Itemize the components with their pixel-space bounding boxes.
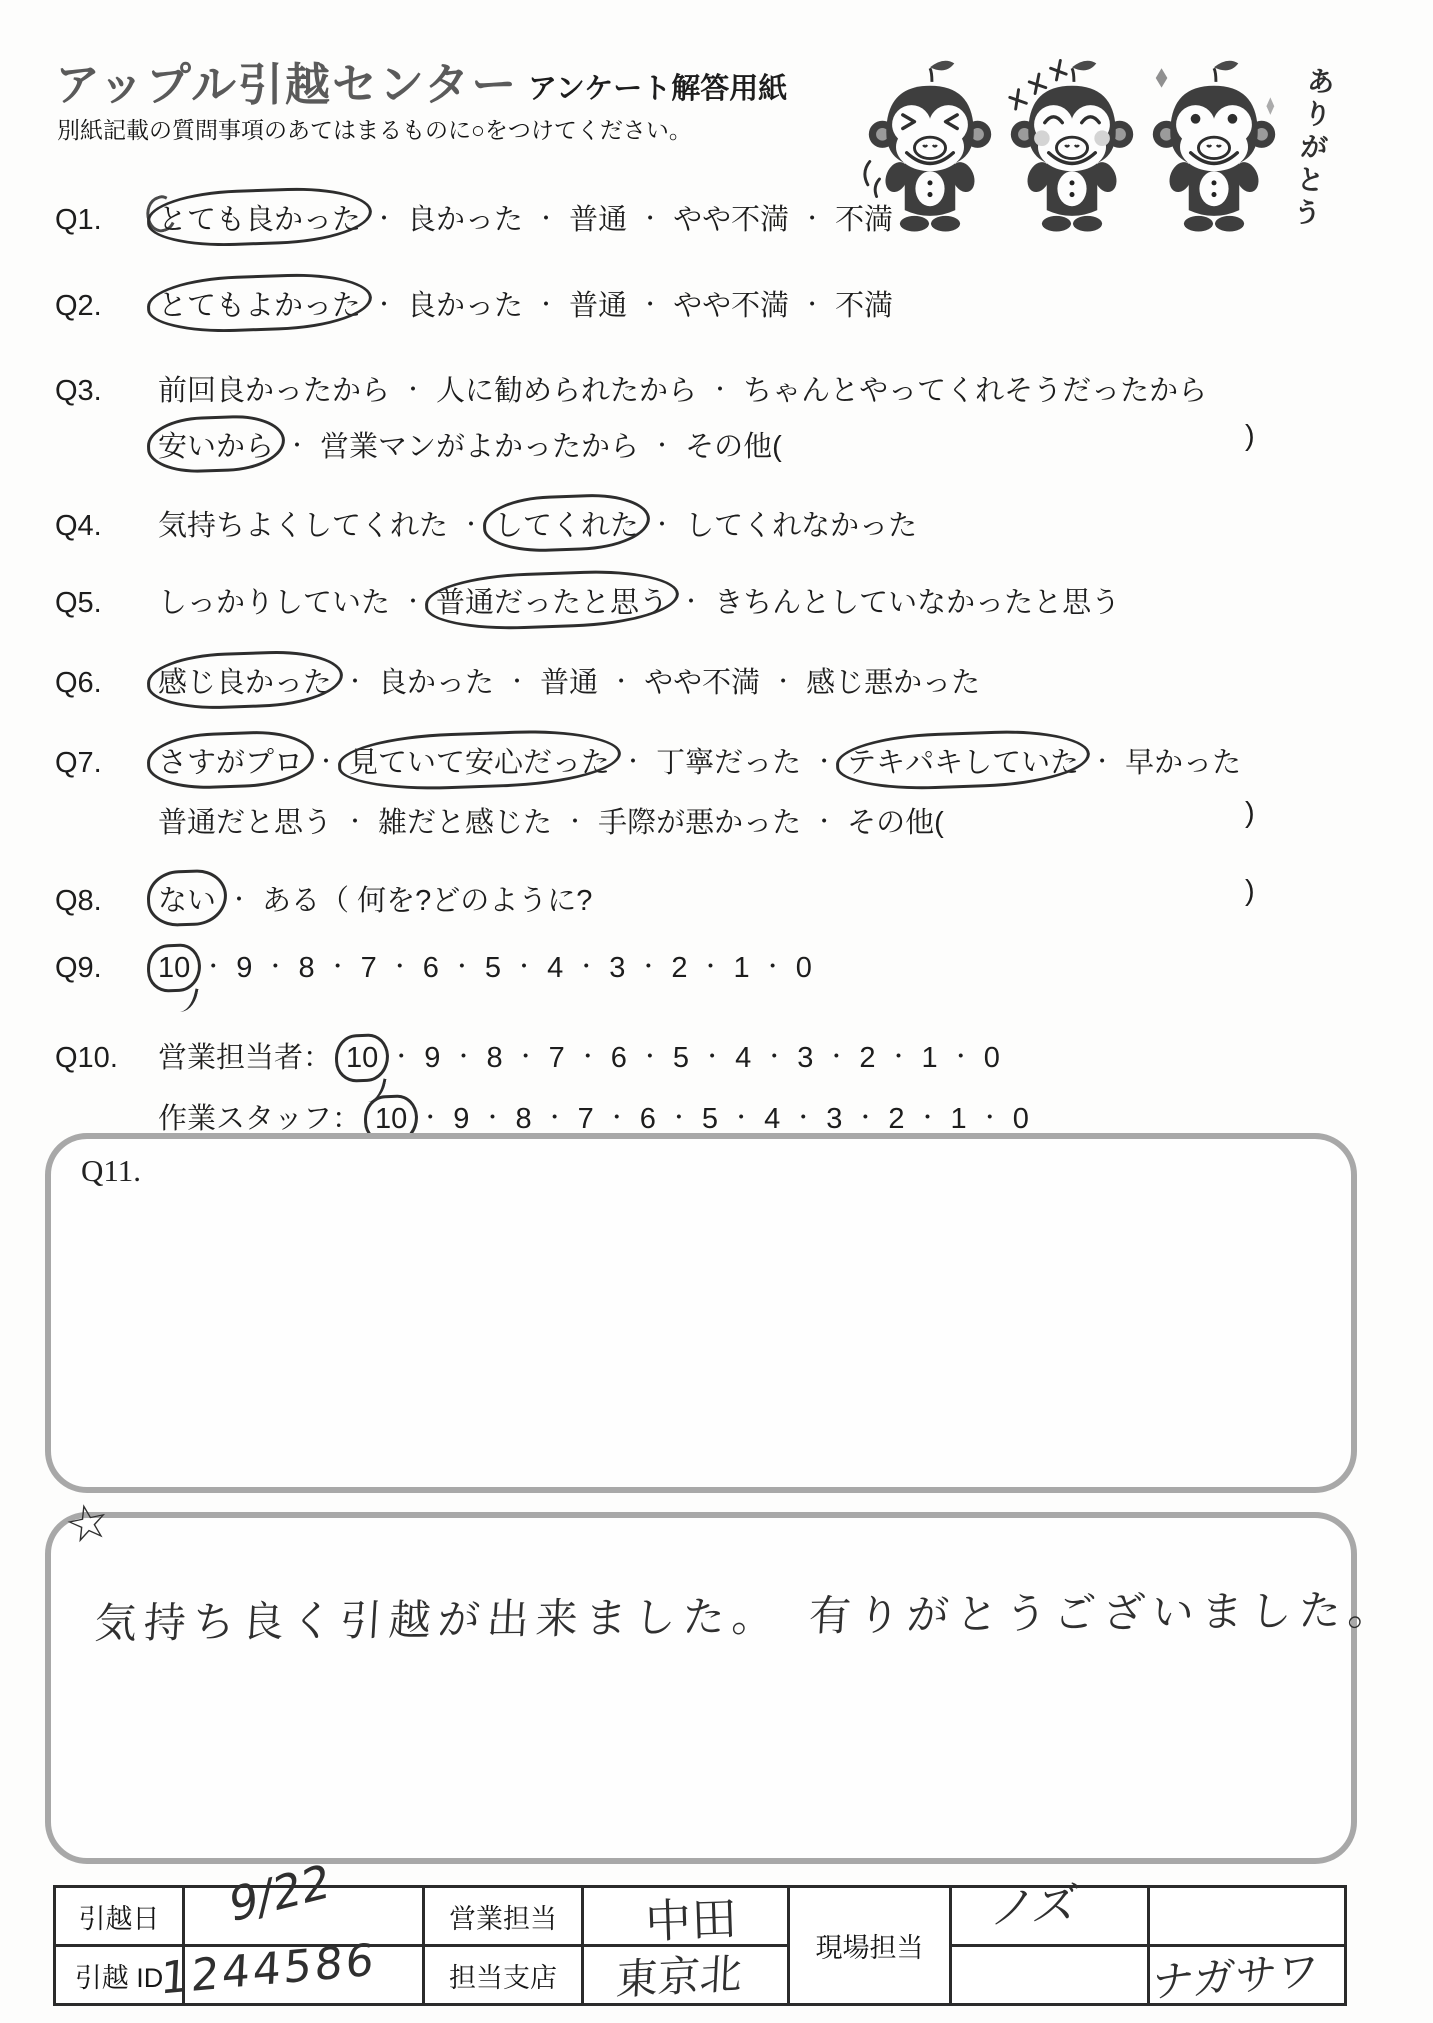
option-separator: ・ xyxy=(622,745,644,776)
comment-handwriting: 気持ち良く引越が出来ました。 有りがとうございました。 xyxy=(93,1577,1399,1651)
option-separator: ・ xyxy=(950,1040,972,1071)
option: 1 xyxy=(734,952,750,985)
option-circled: とてもよかった xyxy=(158,283,361,324)
option-separator: ・ xyxy=(389,950,411,981)
option-circled: とても良かった xyxy=(158,197,361,238)
option-separator: ・ xyxy=(979,1101,1001,1132)
question-10-row1-options: 10・9・8・7・6・5・4・3・2・1・0 xyxy=(346,1042,1000,1074)
option-circled: 10 xyxy=(346,1042,378,1075)
option-separator: ・ xyxy=(762,950,784,981)
option-separator: ・ xyxy=(460,508,482,539)
option: その他( xyxy=(847,800,944,841)
option-separator: ・ xyxy=(825,1040,847,1071)
worker-value-cell xyxy=(952,1947,1150,2006)
question-5-number: Q5. xyxy=(55,587,158,620)
option: 7 xyxy=(549,1042,565,1075)
option: 普通だと思う xyxy=(158,800,332,841)
sales-rep-label: 営業担当 xyxy=(425,1888,584,1947)
option-separator: ・ xyxy=(888,1040,910,1071)
option-separator: ・ xyxy=(801,288,823,319)
option-separator: ・ xyxy=(730,1101,752,1132)
option: 7 xyxy=(361,952,377,985)
option-separator: ・ xyxy=(419,1101,441,1132)
option: 6 xyxy=(640,1103,656,1136)
motion-lines-icon xyxy=(865,162,880,197)
option: 2 xyxy=(859,1042,875,1075)
question-2-options: とてもよかった・良かった・普通・やや不満・不満 xyxy=(158,290,893,322)
option: 1 xyxy=(951,1103,967,1136)
option: ある（ 何を?どのように? xyxy=(262,878,592,919)
option-separator: ・ xyxy=(610,665,632,696)
option-separator: ・ xyxy=(535,202,557,233)
option-separator: ・ xyxy=(402,373,424,404)
question-3: Q3.前回良かったから・人に勧められたから・ちゃんとやってくれそうだったから xyxy=(55,368,1207,409)
option-separator: ・ xyxy=(228,883,250,914)
option-separator: ・ xyxy=(668,1101,690,1132)
option: 3 xyxy=(609,952,625,985)
form-title: アンケート解答用紙 xyxy=(528,66,787,107)
option: 4 xyxy=(547,952,563,985)
option: 7 xyxy=(578,1103,594,1136)
question-4-options: 気持ちよくしてくれた・してくれた・してくれなかった xyxy=(158,510,917,542)
option: 8 xyxy=(486,1042,502,1075)
option-separator: ・ xyxy=(575,950,597,981)
option: 8 xyxy=(298,952,314,985)
monkey-mascot-icon xyxy=(1146,52,1282,238)
option: 1 xyxy=(922,1042,938,1075)
option: 不満 xyxy=(835,197,893,238)
branch-handwriting: 東京北 xyxy=(615,1941,744,2008)
option-circled: してくれた xyxy=(494,503,639,544)
option-separator: ・ xyxy=(515,1040,537,1071)
question-9-number: Q9. xyxy=(55,952,158,985)
option: 6 xyxy=(611,1042,627,1075)
option-separator: ・ xyxy=(481,1101,503,1132)
option: 普通 xyxy=(540,660,598,701)
option-separator: ・ xyxy=(402,585,424,616)
option-separator: ・ xyxy=(544,1101,566,1132)
option-separator: ・ xyxy=(513,950,535,981)
option-separator: ・ xyxy=(327,950,349,981)
option: 人に勧められたから xyxy=(436,368,697,409)
option-separator: ・ xyxy=(813,805,835,836)
option-separator: ・ xyxy=(202,950,224,981)
option-separator: ・ xyxy=(709,373,731,404)
q11-answer-box: Q11. xyxy=(45,1133,1357,1493)
question-4-number: Q4. xyxy=(55,510,158,543)
option-separator: ・ xyxy=(792,1101,814,1132)
option-separator: ・ xyxy=(1091,745,1113,776)
question-9: Q9.10・9・8・7・6・5・4・3・2・1・0 xyxy=(55,952,812,985)
option: 2 xyxy=(888,1103,904,1136)
thanks-handwriting: ありがとう xyxy=(1283,64,1340,232)
option-separator: ・ xyxy=(639,202,661,233)
option: 5 xyxy=(485,952,501,985)
question-10-row1-label: 営業担当者： xyxy=(158,1035,332,1076)
branch-label: 担当支店 xyxy=(425,1947,584,2006)
question-10-line2: 作業スタッフ：10・9・8・7・6・5・4・3・2・1・0 xyxy=(158,1096,1029,1137)
question-3-options-line1: 前回良かったから・人に勧められたから・ちゃんとやってくれそうだったから xyxy=(158,375,1207,407)
option: 営業マンがよかったから xyxy=(320,424,639,465)
option: 8 xyxy=(515,1103,531,1136)
sparkle-diamond-icon xyxy=(1156,68,1168,87)
option: 3 xyxy=(797,1042,813,1075)
question-6-options: 感じ良かった・良かった・普通・やや不満・感じ悪かった xyxy=(158,667,980,699)
monkey-mascot-icon xyxy=(1004,52,1140,238)
option: 気持ちよくしてくれた xyxy=(158,503,448,544)
option-separator: ・ xyxy=(637,950,659,981)
question-10: Q10.営業担当者：10・9・8・7・6・5・4・3・2・1・0 xyxy=(55,1035,1000,1076)
option-circled: 感じ良かった xyxy=(158,660,332,701)
question-3-line2: 安いから・営業マンがよかったから・その他( xyxy=(158,424,782,465)
option: 不満 xyxy=(835,283,893,324)
option-circled: テキパキしていた xyxy=(847,740,1079,781)
option-separator: ・ xyxy=(577,1040,599,1071)
option-separator: ・ xyxy=(763,1040,785,1071)
option: してくれなかった xyxy=(685,503,917,544)
instruction-text: 別紙記載の質問事項のあてはまるものに○をつけてください。 xyxy=(57,112,692,145)
option-separator: ・ xyxy=(315,745,337,776)
option-separator: ・ xyxy=(813,745,835,776)
question-5-options: しっかりしていた・普通だったと思う・きちんとしていなかったと思う xyxy=(158,587,1120,619)
option: しっかりしていた xyxy=(158,580,390,621)
site-rep-label: 現場担当 xyxy=(790,1888,952,2006)
option: 0 xyxy=(984,1042,1000,1075)
question-2-number: Q2. xyxy=(55,290,158,323)
option-separator: ・ xyxy=(651,429,673,460)
question-8-options: ない・ある（ 何を?どのように? xyxy=(158,885,592,917)
option: 普通 xyxy=(569,283,627,324)
close-paren: ) xyxy=(1245,420,1255,453)
option: 前回良かったから xyxy=(158,368,390,409)
question-1-number: Q1. xyxy=(55,204,158,237)
question-11-number: Q11. xyxy=(81,1153,141,1189)
option: 感じ悪かった xyxy=(806,660,980,701)
question-10-row2-options: 10・9・8・7・6・5・4・3・2・1・0 xyxy=(375,1103,1029,1135)
option-separator: ・ xyxy=(451,950,473,981)
option: 良かった xyxy=(378,660,494,701)
option: やや不満 xyxy=(673,197,789,238)
question-10-number: Q10. xyxy=(55,1042,158,1075)
option-circled: 見ていて安心だった xyxy=(349,740,610,781)
option-circled: 10 xyxy=(375,1103,407,1136)
question-1: Q1.とても良かった・良かった・普通・やや不満・不満 xyxy=(55,197,893,238)
question-7: Q7.さすがプロ・見ていて安心だった・丁寧だった・テキパキしていた・早かった xyxy=(55,740,1241,781)
question-8-number: Q8. xyxy=(55,885,158,918)
question-7-options-line1: さすがプロ・見ていて安心だった・丁寧だった・テキパキしていた・早かった xyxy=(158,747,1241,779)
option: 9 xyxy=(236,952,252,985)
option: 普通 xyxy=(569,197,627,238)
question-7-line2: 普通だと思う・雑だと感じた・手際が悪かった・その他( xyxy=(158,800,944,841)
question-9-options: 10・9・8・7・6・5・4・3・2・1・0 xyxy=(158,952,812,984)
option: 0 xyxy=(1013,1103,1029,1136)
option-separator: ・ xyxy=(373,288,395,319)
star-handwriting: ☆ xyxy=(59,1490,115,1556)
option: 4 xyxy=(735,1042,751,1075)
question-2: Q2.とてもよかった・良かった・普通・やや不満・不満 xyxy=(55,283,893,324)
option-separator: ・ xyxy=(606,1101,628,1132)
option-circled: ない xyxy=(158,878,216,919)
option-separator: ・ xyxy=(639,288,661,319)
option-circled: 10 xyxy=(158,952,190,985)
option-circled: さすがプロ xyxy=(158,740,303,781)
question-10-row2-label: 作業スタッフ： xyxy=(158,1096,361,1137)
option-circled: 安いから xyxy=(158,424,274,465)
option: やや不満 xyxy=(644,660,760,701)
option-separator: ・ xyxy=(917,1101,939,1132)
option: ちゃんとやってくれそうだったから xyxy=(743,368,1207,409)
option-separator: ・ xyxy=(639,1040,661,1071)
option-separator: ・ xyxy=(700,950,722,981)
option-separator: ・ xyxy=(564,805,586,836)
worker-handwriting: ナガサワ xyxy=(1150,1938,1321,2010)
site-rep-handwriting: ノズ xyxy=(986,1867,1083,1938)
survey-scan-page: アップル引越センター アンケート解答用紙 別紙記載の質問事項のあてはまるものに○… xyxy=(0,0,1433,2023)
option: やや不満 xyxy=(673,283,789,324)
question-6: Q6.感じ良かった・良かった・普通・やや不満・感じ悪かった xyxy=(55,660,980,701)
option-separator: ・ xyxy=(506,665,528,696)
option-separator: ・ xyxy=(801,202,823,233)
move-date-label: 引越日 xyxy=(56,1888,185,1947)
option-separator: ・ xyxy=(344,665,366,696)
question-4: Q4.気持ちよくしてくれた・してくれた・してくれなかった xyxy=(55,503,917,544)
option: 良かった xyxy=(407,197,523,238)
option-separator: ・ xyxy=(651,508,673,539)
option: 2 xyxy=(671,952,687,985)
question-3-number: Q3. xyxy=(55,375,158,408)
question-5: Q5.しっかりしていた・普通だったと思う・きちんとしていなかったと思う xyxy=(55,580,1120,621)
option: 丁寧だった xyxy=(656,740,801,781)
option: 9 xyxy=(424,1042,440,1075)
question-7-options-line2: 普通だと思う・雑だと感じた・手際が悪かった・その他( xyxy=(158,807,944,839)
option-separator: ・ xyxy=(264,950,286,981)
question-1-options: とても良かった・良かった・普通・やや不満・不満 xyxy=(158,204,893,236)
option-separator: ・ xyxy=(286,429,308,460)
question-8: Q8.ない・ある（ 何を?どのように? xyxy=(55,878,592,919)
question-7-number: Q7. xyxy=(55,747,158,780)
close-paren: ) xyxy=(1245,875,1255,908)
question-3-options-line2: 安いから・営業マンがよかったから・その他( xyxy=(158,431,782,463)
option: 0 xyxy=(796,952,812,985)
option-separator: ・ xyxy=(701,1040,723,1071)
option-separator: ・ xyxy=(772,665,794,696)
option: 4 xyxy=(764,1103,780,1136)
option-separator: ・ xyxy=(344,805,366,836)
option-separator: ・ xyxy=(535,288,557,319)
option-separator: ・ xyxy=(452,1040,474,1071)
option: 5 xyxy=(702,1103,718,1136)
option: きちんとしていなかったと思う xyxy=(714,580,1120,621)
option-separator: ・ xyxy=(854,1101,876,1132)
brand-logo-text: アップル引越センター xyxy=(55,48,518,113)
option: 良かった xyxy=(407,283,523,324)
option-separator: ・ xyxy=(373,202,395,233)
option: 手際が悪かった xyxy=(598,800,801,841)
mascot-group xyxy=(862,52,1282,238)
option: その他( xyxy=(685,424,782,465)
option: 3 xyxy=(826,1103,842,1136)
option: 9 xyxy=(453,1103,469,1136)
sparkle-diamond-icon xyxy=(1266,97,1274,114)
option: 6 xyxy=(423,952,439,985)
option: 5 xyxy=(673,1042,689,1075)
option-separator: ・ xyxy=(680,585,702,616)
option: 雑だと感じた xyxy=(378,800,552,841)
question-6-number: Q6. xyxy=(55,667,158,700)
option: 早かった xyxy=(1125,740,1241,781)
option-separator: ・ xyxy=(390,1040,412,1071)
comment-box: ☆ 気持ち良く引越が出来ました。 有りがとうございました。 xyxy=(45,1512,1357,1864)
option-circled: 普通だったと思う xyxy=(436,580,668,621)
close-paren: ) xyxy=(1245,797,1255,830)
